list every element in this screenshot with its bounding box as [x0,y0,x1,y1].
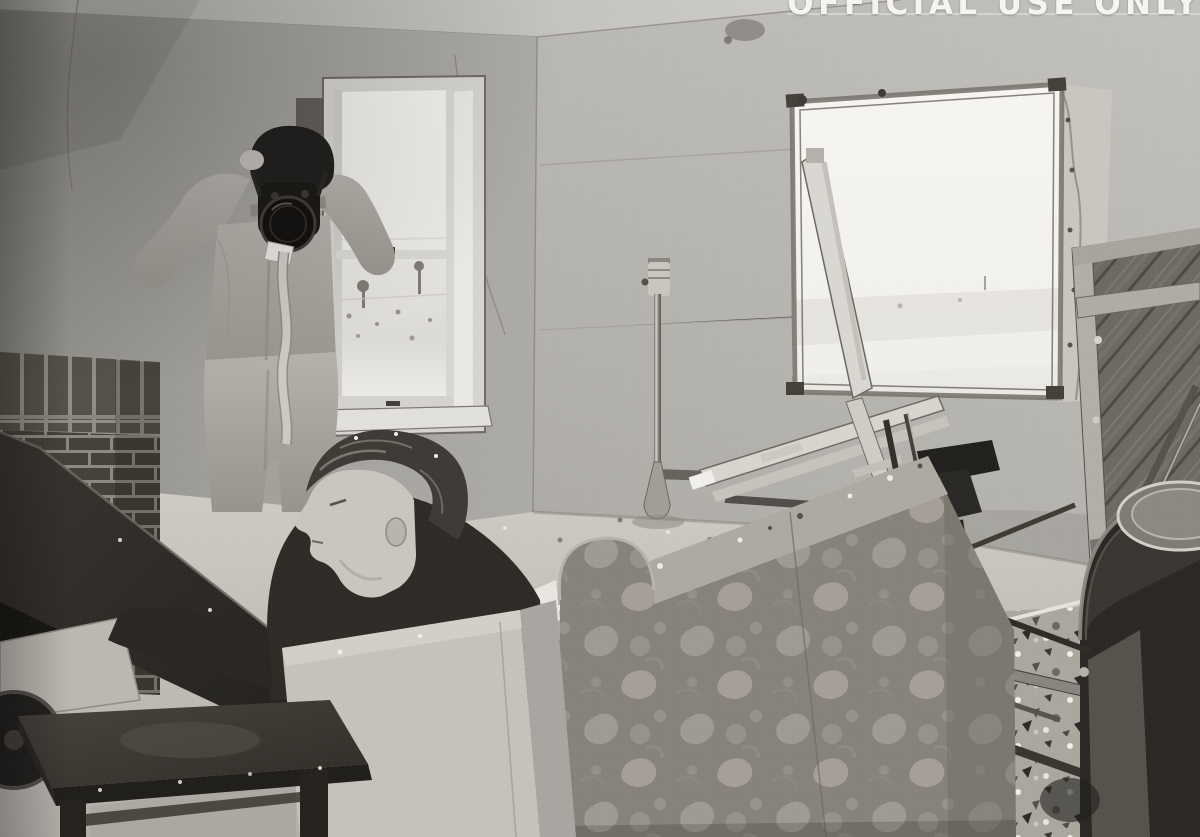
stamp-text: OFFICIAL USE ONLY [787,0,1200,22]
photo-canvas [0,0,1200,837]
photo-grain-overlay [0,0,1200,837]
official-use-only-stamp: OFFICIAL USE ONLY [787,0,1200,22]
photograph: OFFICIAL USE ONLY [0,0,1200,837]
